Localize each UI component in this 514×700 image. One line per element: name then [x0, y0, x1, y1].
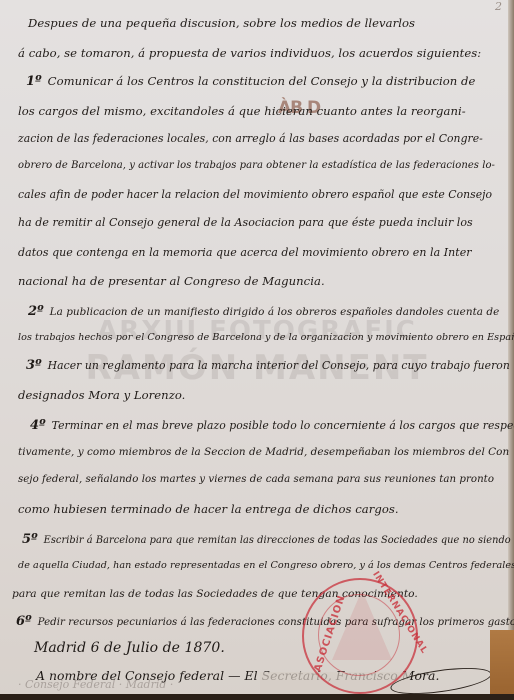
text-line: Despues de una pequeña discusion, sobre …	[28, 16, 415, 30]
agreement-item-4: 4ºTerminar en el mas breve plazo posible…	[30, 418, 514, 433]
text-line: datos que contenga en la memoria que ace…	[18, 246, 472, 259]
line-text: Terminar en el mas breve plazo posible t…	[52, 419, 514, 432]
line-text: datos que contenga en la memoria que ace…	[18, 246, 472, 259]
text-line: de aquella Ciudad, han estado representa…	[18, 560, 514, 571]
text-line: tivamente, y como miembros de la Seccion…	[18, 446, 509, 458]
line-text: nacional ha de presentar al Congreso de …	[18, 274, 325, 288]
line-text: Pedir recursos pecuniarios á las federac…	[38, 617, 514, 628]
text-line: los cargos del mismo, excitandoles á que…	[18, 104, 466, 118]
manuscript-page: 2 ARXIU FOTOGRÀFIC RAMÓN MANENT ÀB D Des…	[0, 0, 514, 700]
line-text: Madrid 6 de Julio de 1870.	[34, 640, 225, 656]
line-text: designados Mora y Lorenzo.	[18, 388, 185, 402]
folio-number: 2	[495, 0, 502, 13]
text-line: ha de remitir al Consejo general de la A…	[18, 216, 473, 229]
item-number: 2º	[28, 304, 44, 319]
text-line: designados Mora y Lorenzo.	[18, 388, 185, 402]
underlying-paper-corner	[490, 630, 514, 694]
agreement-item-1: 1ºComunicar á los Centros la constitucio…	[26, 74, 475, 89]
line-text: La publicacion de un manifiesto dirigido…	[50, 306, 500, 318]
text-line: los trabajos hechos por el Congreso de B…	[18, 332, 514, 343]
line-text: Hacer un reglamento para la marcha inter…	[48, 359, 510, 372]
item-number: 5º	[22, 532, 38, 547]
agreement-item-3: 3ºHacer un reglamento para la marcha int…	[26, 358, 510, 373]
text-line: á cabo, se tomaron, á propuesta de vario…	[18, 46, 481, 60]
line-text: tivamente, y como miembros de la Seccion…	[18, 446, 509, 458]
item-number: 6º	[16, 614, 32, 629]
item-number: 1º	[26, 74, 42, 89]
item-number: 3º	[26, 358, 42, 373]
text-line: sejo federal, señalando los martes y vie…	[18, 474, 494, 485]
line-text: Escribir á Barcelona para que remitan la…	[44, 535, 511, 546]
line-text: los trabajos hechos por el Congreso de B…	[18, 332, 514, 343]
association-seal: ASOCIACION INTERNACIONAL	[302, 578, 418, 694]
agreement-item-6: 6ºPedir recursos pecuniarios á las feder…	[16, 614, 514, 629]
agreement-item-2: 2ºLa publicacion de un manifiesto dirigi…	[28, 304, 499, 319]
page-bottom-edge	[0, 694, 514, 700]
line-text: zacion de las federaciones locales, con …	[18, 132, 483, 145]
line-text: ha de remitir al Consejo general de la A…	[18, 216, 473, 229]
line-text: de aquella Ciudad, han estado representa…	[18, 560, 514, 571]
text-line: zacion de las federaciones locales, con …	[18, 132, 483, 145]
text-line: nacional ha de presentar al Congreso de …	[18, 274, 325, 288]
agreement-item-5: 5ºEscribir á Barcelona para que remitan …	[22, 532, 511, 547]
item-number: 4º	[30, 418, 46, 433]
line-text: los cargos del mismo, excitandoles á que…	[18, 104, 466, 118]
text-line: obrero de Barcelona, y activar los traba…	[18, 160, 495, 171]
line-text: sejo federal, señalando los martes y vie…	[18, 474, 494, 485]
line-text: Comunicar á los Centros la constitucion …	[48, 74, 476, 88]
line-text: como hubiesen terminado de hacer la entr…	[18, 502, 399, 516]
line-text: á cabo, se tomaron, á propuesta de vario…	[18, 46, 481, 60]
date-line: Madrid 6 de Julio de 1870.	[34, 640, 225, 656]
line-text: obrero de Barcelona, y activar los traba…	[18, 160, 495, 171]
line-text: Despues de una pequeña discusion, sobre …	[28, 16, 415, 30]
text-line: como hubiesen terminado de hacer la entr…	[18, 502, 399, 516]
line-text: cales afin de poder hacer la relacion de…	[18, 188, 492, 201]
bleed-through-text: · Consejo Federal · Madrid ·	[18, 678, 173, 691]
text-line: cales afin de poder hacer la relacion de…	[18, 188, 492, 201]
